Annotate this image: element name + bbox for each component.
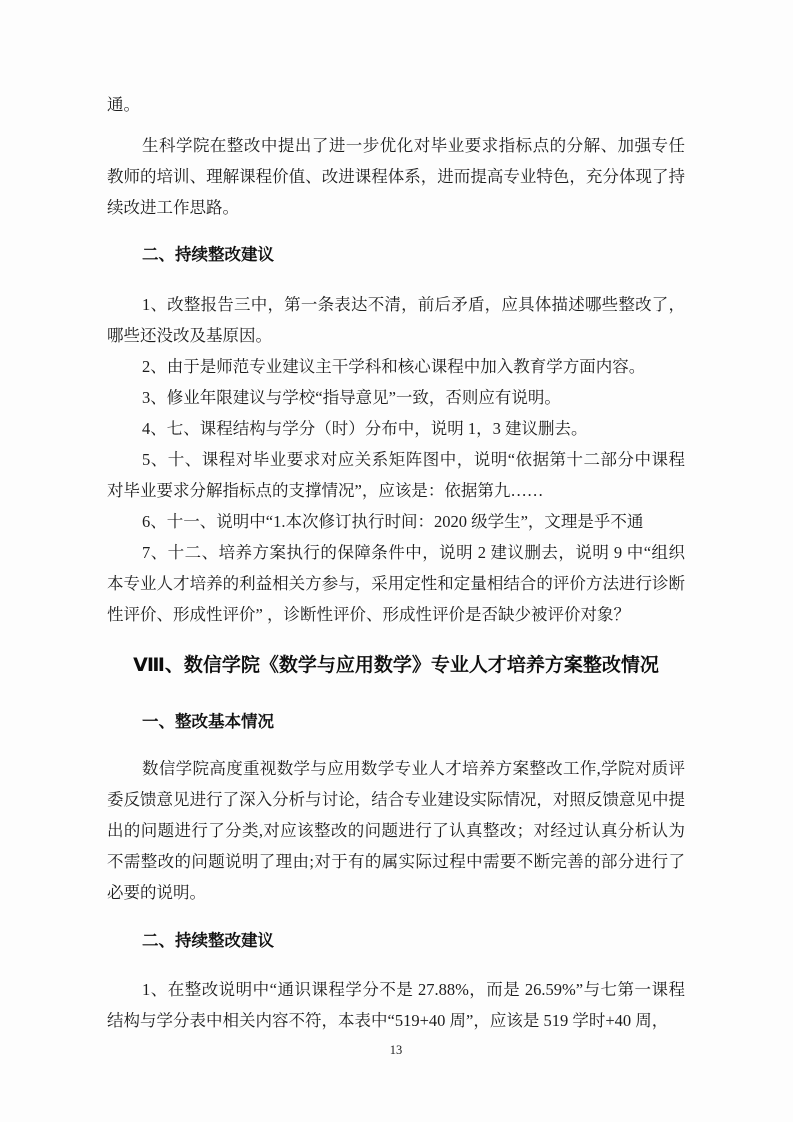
paragraph-biology-rectification: 生科学院在整改中提出了进一步优化对毕业要求指标点的分解、加强专任教师的培训、理解… <box>107 130 685 223</box>
paragraph-math-rectification: 数信学院高度重视数学与应用数学专业人才培养方案整改工作,学院对质评委反馈意见进行… <box>107 753 685 908</box>
suggestion-item-3: 3、修业年限建议与学校“指导意见”一致，否则应有说明。 <box>107 382 685 413</box>
page-number: 13 <box>107 1042 685 1058</box>
suggestion-item-6: 6、十一、说明中“1.本次修订执行时间：2020 级学生”，文理是乎不通 <box>107 506 685 537</box>
suggestion-item-5: 5、十、课程对毕业要求对应关系矩阵图中，说明“依据第十二部分中课程对毕业要求分解… <box>107 444 685 506</box>
suggestion-item-7: 7、十二、培养方案执行的保障条件中，说明 2 建议删去，说明 9 中“组织本专业… <box>107 537 685 630</box>
continuation-line: 通。 <box>107 89 685 120</box>
section-heading-basic-situation: 一、整改基本情况 <box>107 707 685 738</box>
document-page: 通。 生科学院在整改中提出了进一步优化对毕业要求指标点的分解、加强专任教师的培训… <box>0 0 793 1122</box>
suggestion-item-1: 1、改整报告三中，第一条表达不清，前后矛盾，应具体描述哪些整改了，哪些还没改及基… <box>107 289 685 351</box>
section-heading-continuous-suggestions-2: 二、持续整改建议 <box>107 926 685 957</box>
suggestion-item-2: 2、由于是师范专业建议主干学科和核心课程中加入教育学方面内容。 <box>107 351 685 382</box>
suggestion-item-4: 4、七、课程结构与学分（时）分布中，说明 1，3 建议删去。 <box>107 413 685 444</box>
chapter-heading-math-college: Ⅷ、数信学院《数学与应用数学》专业人才培养方案整改情况 <box>107 646 685 686</box>
section-heading-continuous-suggestions: 二、持续整改建议 <box>107 240 685 271</box>
suggestion-math-item-1: 1、在整改说明中“通识课程学分不是 27.88%，而是 26.59%”与七第一课… <box>107 974 685 1036</box>
